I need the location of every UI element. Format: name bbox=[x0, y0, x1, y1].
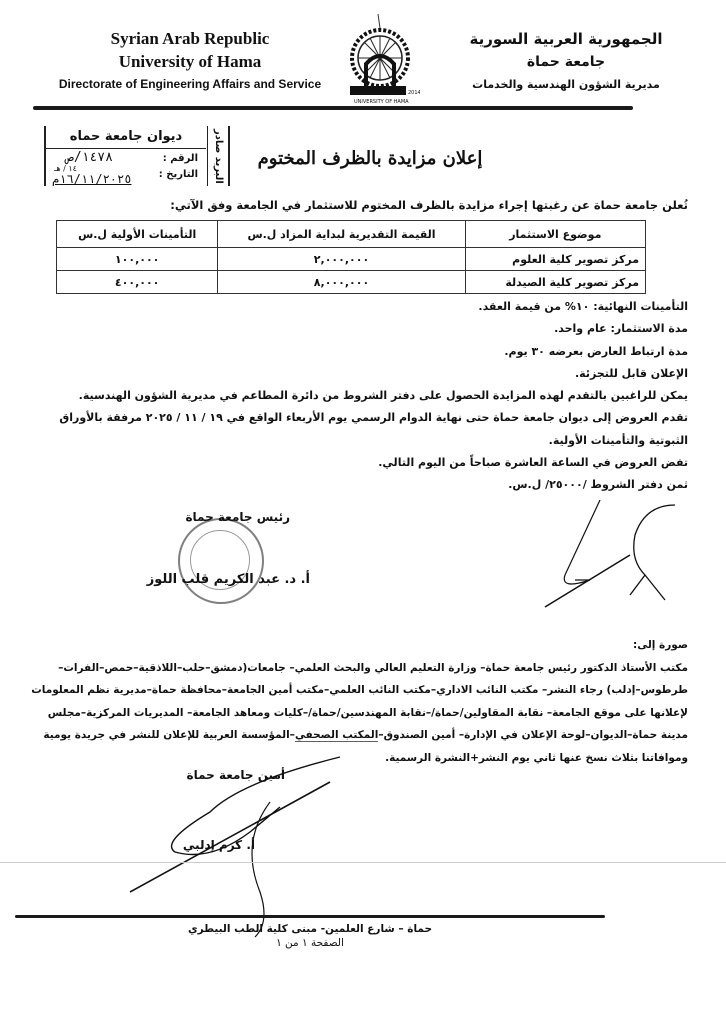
university-logo-icon: UNIVERSITY OF HAMA 2014 bbox=[340, 14, 420, 106]
svg-text:2014: 2014 bbox=[408, 90, 420, 96]
cell-initial-deposit: ١٠٠,٠٠٠ bbox=[57, 248, 218, 271]
page-number: الصفحة ١ من ١ bbox=[15, 936, 605, 950]
cc-line: مدينة حماة–الديوان–لوحة الإعلان في الإدا… bbox=[18, 724, 688, 747]
cell-subject: مركز تصوير كلية العلوم bbox=[465, 248, 645, 271]
cell-estimated-value: ٢,٠٠٠,٠٠٠ bbox=[218, 248, 465, 271]
stamp-outgoing-label: البريد صادر bbox=[207, 126, 228, 186]
term-submission-deadline-cont: الثبوتية والتأمينات الأولية. bbox=[38, 430, 688, 452]
stamp-title: ديوان جامعة حماه bbox=[46, 126, 206, 149]
column-header-initial-deposit: التأمينات الأولية ل.س bbox=[57, 221, 218, 248]
carbon-copy-section: صورة إلى: مكتب الأستاذ الدكتور رئيس جامع… bbox=[18, 634, 688, 769]
footer-address: حماة – شارع العلمين- مبنى كلية الطب البي… bbox=[15, 922, 605, 936]
signatory-name: أ. د. عبد الكريم قلب اللوز bbox=[147, 572, 310, 587]
term-duration: مدة الاستثمار: عام واحد. bbox=[38, 318, 688, 340]
press-office-highlight: المكتب الصحفي bbox=[295, 729, 378, 742]
stamp-date-value: ١٦/١١/٢٠٢٥م bbox=[52, 172, 131, 186]
cc-heading: صورة إلى: bbox=[18, 634, 688, 657]
cc-line: لإعلانها على موقع الجامعة– نقابة المقاول… bbox=[18, 702, 688, 725]
intro-paragraph: تُعلن جامعة حماة عن رغبتها إجراء مزايدة … bbox=[48, 198, 688, 212]
cc-line: مكتب الأستاذ الدكتور رئيس جامعة حماة– وز… bbox=[18, 657, 688, 680]
cc-line: طرطوس–إدلب) رجاء النشر– مكتب النائب الاد… bbox=[18, 679, 688, 702]
official-seal-icon bbox=[178, 518, 264, 604]
table-header-row: موضوع الاستثمار القيمة التقديرية لبداية … bbox=[57, 221, 646, 248]
stamp-date-label: التاريخ : bbox=[159, 169, 198, 180]
column-header-estimated-value: القيمة التقديرية لبداية المزاد ل.س bbox=[218, 221, 465, 248]
terms-list: التأمينات النهائية: ١٠% من قيمة العقد. م… bbox=[38, 296, 688, 497]
university-name-en: University of Hama bbox=[70, 50, 310, 74]
svg-text:UNIVERSITY OF HAMA: UNIVERSITY OF HAMA bbox=[354, 99, 409, 105]
cell-estimated-value: ٨,٠٠٠,٠٠٠ bbox=[218, 271, 465, 294]
table-row: مركز تصوير كلية العلوم ٢,٠٠٠,٠٠٠ ١٠٠,٠٠٠ bbox=[57, 248, 646, 271]
term-divisible: الإعلان قابل للتجزئة. bbox=[38, 363, 688, 385]
signatory-name: أ. كرم إدلبي bbox=[183, 838, 255, 852]
stamp-number-label: الرقم : bbox=[163, 153, 198, 164]
signatory-role: رئيس جامعة حماة bbox=[185, 510, 290, 524]
cc-line-part: –المؤسسة العربية للإعلان للنشر في جريدة … bbox=[43, 729, 295, 741]
header-divider bbox=[33, 106, 633, 110]
directorate-name-en: Directorate of Engineering Affairs and S… bbox=[50, 74, 330, 94]
cc-line: وموافاتنا بثلاث نسخ عنها ثاني يوم النشر+… bbox=[18, 747, 688, 770]
auction-items-table: موضوع الاستثمار القيمة التقديرية لبداية … bbox=[56, 220, 646, 294]
arabic-header: الجمهورية العربية السورية جامعة حماة مدي… bbox=[461, 28, 671, 96]
term-final-deposit: التأمينات النهائية: ١٠% من قيمة العقد. bbox=[38, 296, 688, 318]
column-header-subject: موضوع الاستثمار bbox=[465, 221, 645, 248]
signatory-role: أمين جامعة حماة bbox=[186, 768, 285, 782]
cell-subject: مركز تصوير كلية الصيدلة bbox=[465, 271, 645, 294]
term-conditions-booklet: يمكن للراغبين بالتقدم لهذه المزايدة الحص… bbox=[38, 385, 688, 407]
table-row: مركز تصوير كلية الصيدلة ٨,٠٠٠,٠٠٠ ٤٠٠,٠٠… bbox=[57, 271, 646, 294]
page-footer: حماة – شارع العلمين- مبنى كلية الطب البي… bbox=[15, 922, 605, 950]
footer-divider bbox=[15, 915, 605, 918]
english-header: Syrian Arab Republic University of Hama … bbox=[70, 28, 310, 94]
cell-initial-deposit: ٤٠٠,٠٠٠ bbox=[57, 271, 218, 294]
university-name-ar: جامعة حماة bbox=[461, 50, 671, 74]
signature-scribble-icon bbox=[535, 495, 685, 610]
country-name-ar: الجمهورية العربية السورية bbox=[461, 28, 671, 50]
cc-line-part: مدينة حماة–الديوان–لوحة الإعلان في الإدا… bbox=[378, 729, 688, 741]
document-title: إعلان مزايدة بالظرف المختوم bbox=[240, 148, 500, 169]
stamp-number-value: ١٤٧٨/ص bbox=[66, 150, 113, 165]
country-name-en: Syrian Arab Republic bbox=[70, 28, 310, 50]
term-booklet-price: ثمن دفتر الشروط /٢٥٠٠٠/ ل.س. bbox=[38, 474, 688, 496]
directorate-name-ar: مديرية الشؤون الهندسية والخدمات bbox=[461, 74, 671, 96]
term-opening-time: تفض العروض في الساعة العاشرة صباحاً من ا… bbox=[38, 452, 688, 474]
term-submission-deadline: تقدم العروض إلى ديوان جامعة حماة حتى نها… bbox=[38, 407, 688, 429]
term-bid-validity: مدة ارتباط العارض بعرضه ٣٠ يوم. bbox=[38, 341, 688, 363]
scan-fold-line bbox=[0, 862, 726, 863]
registry-stamp: ديوان جامعة حماه البريد صادر الرقم : ١٤٧… bbox=[44, 126, 230, 186]
